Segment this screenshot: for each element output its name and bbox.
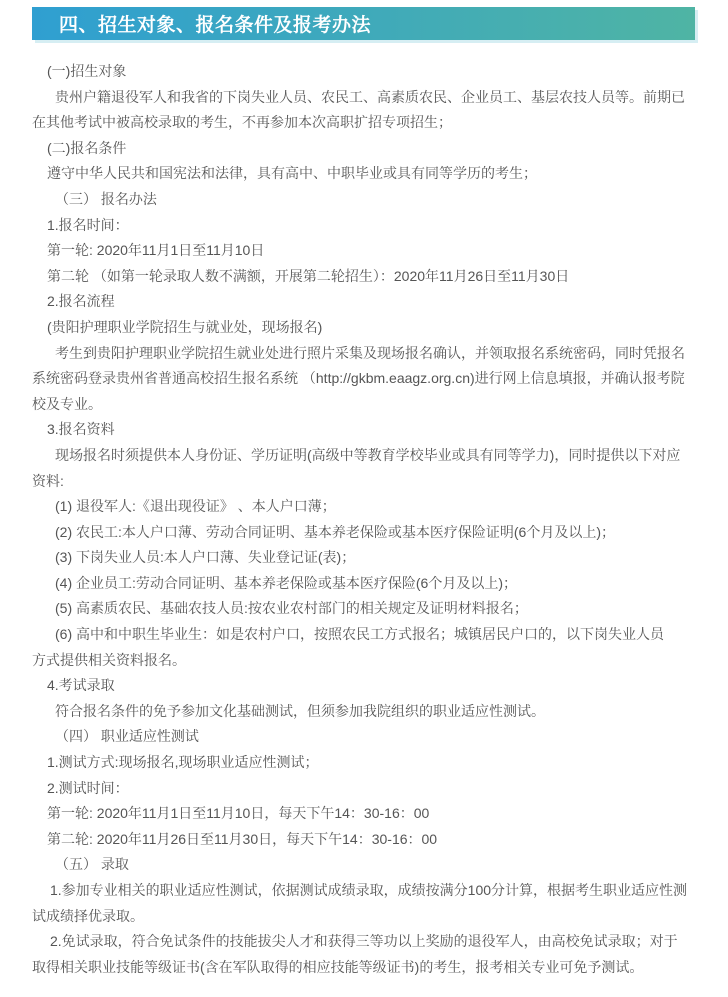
document-line: 第二轮 （如第一轮录取人数不满额，开展第二轮招生）：2020年11月26日至11… [32, 264, 697, 290]
document-line: 第二轮: 2020年11月26日至11月30日，每天下午14：30-16：00 [32, 827, 697, 853]
document-line: 校及专业。 [32, 392, 697, 418]
document-line: 第一轮: 2020年11月1日至11月10日 [32, 238, 697, 264]
document-line: (贵阳护理职业学院招生与就业处，现场报名) [32, 315, 697, 341]
document-line: 第一轮: 2020年11月1日至11月10日，每天下午14：30-16：00 [32, 801, 697, 827]
document-line: 2.测试时间： [32, 776, 697, 802]
document-line: 1.报名时间： [32, 213, 697, 239]
document-line: 3.报名资料 [32, 417, 697, 443]
document-line: 取得相关职业技能等级证书(含在军队取得的相应技能等级证书)的考生，报考相关专业可… [32, 955, 697, 981]
document-line: (6) 高中和中职生毕业生：如是农村户口，按照农民工方式报名；城镇居民户口的，以… [32, 622, 697, 648]
document-line: (一)招生对象 [32, 59, 697, 85]
document-line: (二)报名条件 [32, 136, 697, 162]
section-title: 四、招生对象、报名条件及报考办法 [59, 10, 371, 37]
document-line: (1) 退役军人:《退出现役证》 、本人户口薄； [32, 494, 697, 520]
document-body: (一)招生对象贵州户籍退役军人和我省的下岗失业人员、农民工、高素质农民、企业员工… [32, 59, 697, 980]
document-line: (2) 农民工:本人户口薄、劳动合同证明、基本养老保险或基本医疗保险证明(6个月… [32, 520, 697, 546]
document-line: 考生到贵阳护理职业学院招生就业处进行照片采集及现场报名确认，并领取报名系统密码，… [32, 341, 697, 367]
document-line: 符合报名条件的免予参加文化基础测试，但须参加我院组织的职业适应性测试。 [32, 699, 697, 725]
document-line: 系统密码登录贵州省普通高校招生报名系统 （http://gkbm.eaagz.o… [32, 366, 697, 392]
document-line: 2.报名流程 [32, 289, 697, 315]
document-line: (4) 企业员工:劳动合同证明、基本养老保险或基本医疗保险(6个月及以上)； [32, 571, 697, 597]
document-page: 四、招生对象、报名条件及报考办法 (一)招生对象贵州户籍退役军人和我省的下岗失业… [0, 0, 728, 997]
document-line: 1.测试方式:现场报名,现场职业适应性测试； [32, 750, 697, 776]
document-line: 试成绩择优录取。 [32, 904, 697, 930]
document-line: 贵州户籍退役军人和我省的下岗失业人员、农民工、高素质农民、企业员工、基层农技人员… [32, 85, 697, 111]
document-line: (5) 高素质农民、基础农技人员:按农业农村部门的相关规定及证明材料报名； [32, 596, 697, 622]
document-line: 在其他考试中被高校录取的考生，不再参加本次高职扩招专项招生； [32, 110, 697, 136]
document-line: 4.考试录取 [32, 673, 697, 699]
document-line: （五） 录取 [32, 852, 697, 878]
document-line: 1.参加专业相关的职业适应性测试，依据测试成绩录取，成绩按满分100分计算，根据… [32, 878, 697, 904]
document-line: 方式提供相关资料报名。 [32, 648, 697, 674]
document-line: （四） 职业适应性测试 [32, 724, 697, 750]
section-banner: 四、招生对象、报名条件及报考办法 [32, 7, 695, 40]
document-line: 遵守中华人民共和国宪法和法律，具有高中、中职毕业或具有同等学历的考生； [32, 161, 697, 187]
document-line: 现场报名时须提供本人身份证、学历证明(高级中等教育学校毕业或具有同等学力)，同时… [32, 443, 697, 469]
document-line: (3) 下岗失业人员:本人户口薄、失业登记证(表)； [32, 545, 697, 571]
document-line: 2.免试录取，符合免试条件的技能拔尖人才和获得三等功以上奖励的退役军人，由高校免… [32, 929, 697, 955]
document-line: （三） 报名办法 [32, 187, 697, 213]
document-line: 资料: [32, 469, 697, 495]
